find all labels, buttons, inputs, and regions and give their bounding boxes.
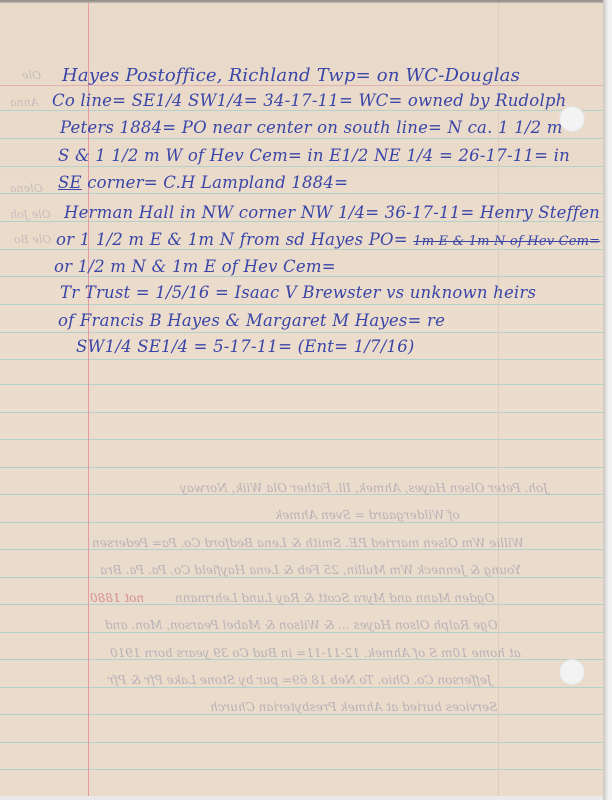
- ruled-line: [0, 687, 603, 688]
- ruled-line: [0, 412, 603, 413]
- bleed-through-line: Joh. Peter Olsen Hayes, Ahmek, Ill. Fath…: [180, 481, 548, 495]
- handwritten-line-3: Peters 1884= PO near center on south lin…: [60, 118, 563, 137]
- ruled-line: [0, 304, 603, 305]
- bleed-through-line: of Wildergaard = Sven Ahmek: [275, 508, 460, 522]
- ruled-line: [0, 522, 603, 523]
- bleed-red-mark: not 1880: [90, 591, 144, 605]
- ruled-line: [0, 138, 603, 139]
- handwritten-line-8: or 1/2 m N & 1m E of Hev Cem=: [54, 257, 336, 276]
- handwritten-line-10: of Francis B Hayes & Margaret M Hayes= r…: [58, 311, 445, 330]
- bleed-through-line: Jefferson Co. Ohio. To Neb 18 69= pur by…: [108, 673, 492, 687]
- handwritten-line-2: Co line= SE1/4 SW1/4= 34-17-11= WC= owne…: [52, 91, 567, 110]
- handwritten-line-9: Tr Trust = 1/5/16 = Isaac V Brewster vs …: [60, 283, 536, 302]
- se-underlined: SE: [58, 173, 82, 192]
- notebook-page: Ole Anna Olena Ole Joh Ole Bo Hayes Post…: [0, 3, 603, 796]
- bleed-through-line: Ogden Mann and Myra Scott & Ray Lund Leh…: [175, 591, 494, 605]
- punch-hole-bottom: [559, 659, 585, 685]
- ruled-line: [0, 769, 603, 770]
- bleed-margin-mark: Ole: [22, 69, 41, 82]
- handwritten-line-1: Hayes Postoffice, Richland Twp= on WC-Do…: [62, 65, 520, 86]
- ruled-line: [0, 166, 603, 167]
- ruled-line: [0, 249, 603, 250]
- bleed-through-line: at home 10m S of Ahmek. 12-11-11= in Bud…: [110, 646, 521, 660]
- handwritten-line-4: S & 1 1/2 m W of Hev Cem= in E1/2 NE 1/4…: [58, 146, 570, 165]
- bleed-margin-mark: Ole Bo: [14, 233, 51, 246]
- bleed-margin-mark: Olena: [10, 182, 43, 195]
- ruled-line: [0, 193, 603, 194]
- scan-background: [603, 0, 612, 800]
- ruled-line: [0, 110, 603, 111]
- ruled-line: [0, 467, 603, 468]
- ruled-line: [0, 577, 603, 578]
- handwritten-line-5: SE corner= C.H Lampland 1884=: [58, 173, 348, 192]
- ruled-line: [0, 276, 603, 277]
- ruled-line: [0, 742, 603, 743]
- ruled-line: [0, 384, 603, 385]
- handwritten-line-6: Herman Hall in NW corner NW 1/4= 36-17-1…: [64, 203, 603, 222]
- bleed-margin-mark: Anna: [10, 96, 39, 109]
- ruled-line: [0, 359, 603, 360]
- ruled-line: [0, 632, 603, 633]
- bleed-margin-mark: Ole Joh: [10, 208, 51, 221]
- ruled-line: [0, 714, 603, 715]
- handwritten-line-11: SW1/4 SE1/4 = 5-17-11= (Ent= 1/7/16): [76, 337, 415, 356]
- struck-text: 1m E & 1m N of Hev Cem=: [413, 234, 600, 249]
- bleed-through-line: Willie Wm Olsen married P.E. Smith & Len…: [92, 536, 524, 550]
- ruled-line: [0, 332, 603, 333]
- bleed-through-line: Oge Ralph Olson Hayes ... & Wilson & Mab…: [105, 618, 498, 632]
- bleed-through-line: Young & Jenneck Wm Mullin, 25 Feb & Lena…: [100, 563, 521, 577]
- handwritten-line-7: or 1 1/2 m E & 1m N from sd Hayes PO= 1m…: [56, 230, 600, 249]
- ruled-line: [0, 439, 603, 440]
- bleed-through-line: Services buried at Ahmek Presbyterian Ch…: [210, 700, 497, 714]
